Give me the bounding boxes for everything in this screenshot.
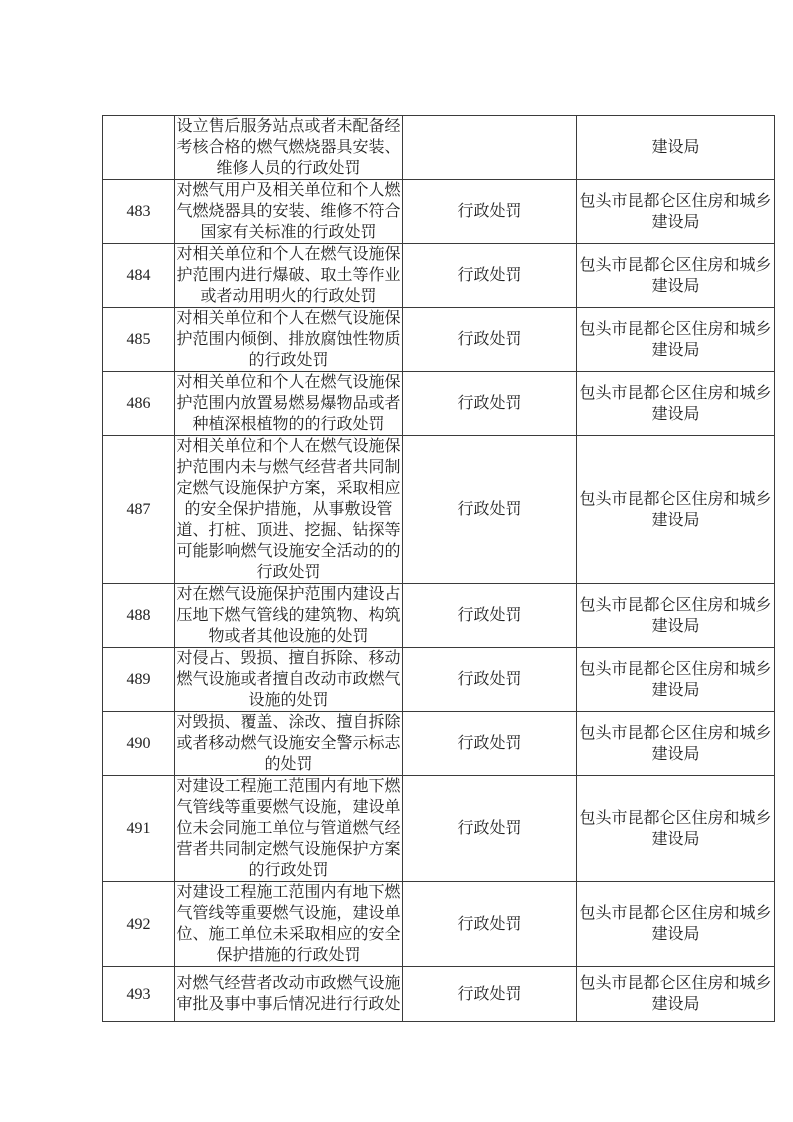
row-number-cell: 488 bbox=[103, 584, 175, 648]
row-number-cell bbox=[103, 116, 175, 180]
item-name-cell: 对相关单位和个人在燃气设施保护范围内放置易燃易爆物品或者种植深根植物的的行政处罚 bbox=[175, 372, 403, 436]
item-name-cell: 设立售后服务站点或者未配备经考核合格的燃气燃烧器具安装、维修人员的行政处罚 bbox=[175, 116, 403, 180]
item-name-cell: 对毁损、覆盖、涂改、擅自拆除或者移动燃气设施安全警示标志的处罚 bbox=[175, 712, 403, 776]
item-type-cell: 行政处罚 bbox=[403, 882, 577, 967]
authority-cell: 包头市昆都仑区住房和城乡建设局 bbox=[577, 436, 775, 584]
authority-cell: 包头市昆都仑区住房和城乡建设局 bbox=[577, 372, 775, 436]
authority-cell: 包头市昆都仑区住房和城乡建设局 bbox=[577, 712, 775, 776]
item-name-cell: 对相关单位和个人在燃气设施保护范围内进行爆破、取土等作业或者动用明火的行政处罚 bbox=[175, 244, 403, 308]
item-name-cell: 对燃气经营者改动市政燃气设施审批及事中事后情况进行行政处 bbox=[175, 967, 403, 1022]
penalty-items-table: 设立售后服务站点或者未配备经考核合格的燃气燃烧器具安装、维修人员的行政处罚 建设… bbox=[102, 115, 775, 1022]
item-name-cell: 对建设工程施工范围内有地下燃气管线等重要燃气设施，建设单位、施工单位未采取相应的… bbox=[175, 882, 403, 967]
authority-cell: 包头市昆都仑区住房和城乡建设局 bbox=[577, 180, 775, 244]
item-type-cell: 行政处罚 bbox=[403, 648, 577, 712]
row-number-cell: 487 bbox=[103, 436, 175, 584]
item-type-cell bbox=[403, 116, 577, 180]
item-name-cell: 对在燃气设施保护范围内建设占压地下燃气管线的建筑物、构筑物或者其他设施的处罚 bbox=[175, 584, 403, 648]
row-number-cell: 490 bbox=[103, 712, 175, 776]
item-type-cell: 行政处罚 bbox=[403, 712, 577, 776]
item-type-cell: 行政处罚 bbox=[403, 372, 577, 436]
item-type-cell: 行政处罚 bbox=[403, 308, 577, 372]
authority-cell: 包头市昆都仑区住房和城乡建设局 bbox=[577, 882, 775, 967]
table-row: 设立售后服务站点或者未配备经考核合格的燃气燃烧器具安装、维修人员的行政处罚 建设… bbox=[103, 116, 775, 180]
authority-cell: 包头市昆都仑区住房和城乡建设局 bbox=[577, 967, 775, 1022]
row-number-cell: 483 bbox=[103, 180, 175, 244]
item-name-cell: 对相关单位和个人在燃气设施保护范围内未与燃气经营者共同制定燃气设施保护方案，采取… bbox=[175, 436, 403, 584]
table-row: 485 对相关单位和个人在燃气设施保护范围内倾倒、排放腐蚀性物质的行政处罚 行政… bbox=[103, 308, 775, 372]
table-row: 486 对相关单位和个人在燃气设施保护范围内放置易燃易爆物品或者种植深根植物的的… bbox=[103, 372, 775, 436]
authority-cell: 建设局 bbox=[577, 116, 775, 180]
authority-cell: 包头市昆都仑区住房和城乡建设局 bbox=[577, 308, 775, 372]
item-type-cell: 行政处罚 bbox=[403, 180, 577, 244]
table-row: 492 对建设工程施工范围内有地下燃气管线等重要燃气设施，建设单位、施工单位未采… bbox=[103, 882, 775, 967]
item-type-cell: 行政处罚 bbox=[403, 584, 577, 648]
row-number-cell: 492 bbox=[103, 882, 175, 967]
table-row: 487 对相关单位和个人在燃气设施保护范围内未与燃气经营者共同制定燃气设施保护方… bbox=[103, 436, 775, 584]
item-name-cell: 对侵占、毁损、擅自拆除、移动燃气设施或者擅自改动市政燃气设施的处罚 bbox=[175, 648, 403, 712]
document-page: 设立售后服务站点或者未配备经考核合格的燃气燃烧器具安装、维修人员的行政处罚 建设… bbox=[0, 0, 793, 1122]
item-name-cell: 对建设工程施工范围内有地下燃气管线等重要燃气设施，建设单位未会同施工单位与管道燃… bbox=[175, 776, 403, 882]
item-name-cell: 对燃气用户及相关单位和个人燃气燃烧器具的安装、维修不符合国家有关标准的行政处罚 bbox=[175, 180, 403, 244]
row-number-cell: 484 bbox=[103, 244, 175, 308]
table-row: 491 对建设工程施工范围内有地下燃气管线等重要燃气设施，建设单位未会同施工单位… bbox=[103, 776, 775, 882]
row-number-cell: 485 bbox=[103, 308, 175, 372]
table-row: 489 对侵占、毁损、擅自拆除、移动燃气设施或者擅自改动市政燃气设施的处罚 行政… bbox=[103, 648, 775, 712]
row-number-cell: 493 bbox=[103, 967, 175, 1022]
item-type-cell: 行政处罚 bbox=[403, 244, 577, 308]
table-row: 483 对燃气用户及相关单位和个人燃气燃烧器具的安装、维修不符合国家有关标准的行… bbox=[103, 180, 775, 244]
authority-cell: 包头市昆都仑区住房和城乡建设局 bbox=[577, 776, 775, 882]
item-type-cell: 行政处罚 bbox=[403, 436, 577, 584]
item-name-cell: 对相关单位和个人在燃气设施保护范围内倾倒、排放腐蚀性物质的行政处罚 bbox=[175, 308, 403, 372]
table-row: 490 对毁损、覆盖、涂改、擅自拆除或者移动燃气设施安全警示标志的处罚 行政处罚… bbox=[103, 712, 775, 776]
item-type-cell: 行政处罚 bbox=[403, 776, 577, 882]
table-row: 488 对在燃气设施保护范围内建设占压地下燃气管线的建筑物、构筑物或者其他设施的… bbox=[103, 584, 775, 648]
authority-cell: 包头市昆都仑区住房和城乡建设局 bbox=[577, 584, 775, 648]
row-number-cell: 489 bbox=[103, 648, 175, 712]
authority-cell: 包头市昆都仑区住房和城乡建设局 bbox=[577, 244, 775, 308]
row-number-cell: 486 bbox=[103, 372, 175, 436]
table-body: 设立售后服务站点或者未配备经考核合格的燃气燃烧器具安装、维修人员的行政处罚 建设… bbox=[103, 116, 775, 1022]
row-number-cell: 491 bbox=[103, 776, 175, 882]
item-type-cell: 行政处罚 bbox=[403, 967, 577, 1022]
table-row: 493 对燃气经营者改动市政燃气设施审批及事中事后情况进行行政处 行政处罚 包头… bbox=[103, 967, 775, 1022]
authority-cell: 包头市昆都仑区住房和城乡建设局 bbox=[577, 648, 775, 712]
table-row: 484 对相关单位和个人在燃气设施保护范围内进行爆破、取土等作业或者动用明火的行… bbox=[103, 244, 775, 308]
